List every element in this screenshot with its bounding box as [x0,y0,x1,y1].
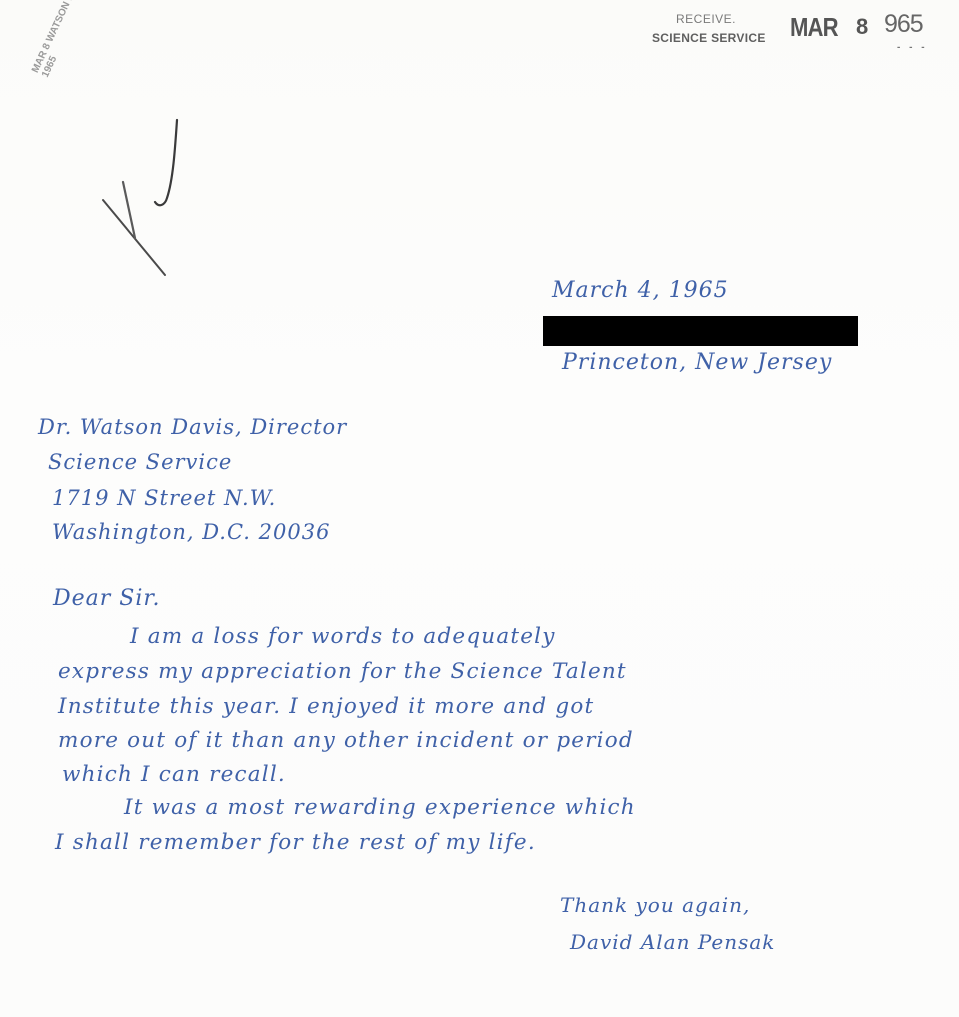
recipient-line-street: 1719 N Street N.W. [52,486,276,510]
body-line: I shall remember for the rest of my life… [55,830,536,855]
redacted-address-bar [543,316,858,346]
signature: David Alan Pensak [570,930,775,954]
letter-date: March 4, 1965 [552,278,729,303]
received-stamp-dashes: - - - [897,42,928,53]
received-stamp-month: MAR [790,12,838,43]
received-stamp-day: 8 [856,14,868,40]
recipient-line-city: Washington, D.C. 20036 [52,520,330,544]
salutation: Dear Sir. [53,586,160,611]
sender-location: Princeton, New Jersey [562,350,832,375]
pencil-check-icon [95,110,185,280]
body-line: Institute this year. I enjoyed it more a… [58,694,594,719]
letter-page: RECEIVE. SCIENCE SERVICE MAR 8 965 - - -… [0,0,959,1017]
body-line: It was a most rewarding experience which [124,795,636,820]
received-stamp-label: RECEIVE. [676,12,736,26]
body-line: express my appreciation for the Science … [58,659,627,684]
recipient-line-organization: Science Service [48,450,232,474]
received-stamp-year: 965 [884,10,923,39]
body-line: more out of it than any other incident o… [58,728,634,753]
received-stamp-organization: SCIENCE SERVICE [652,31,766,45]
corner-date-stamp: MAR 8 WATSON DAVIS 1965 [30,0,96,79]
body-line: which I can recall. [62,762,286,787]
closing: Thank you again, [560,893,750,917]
body-line: I am a loss for words to adequately [130,624,556,649]
recipient-line-name: Dr. Watson Davis, Director [38,415,347,439]
